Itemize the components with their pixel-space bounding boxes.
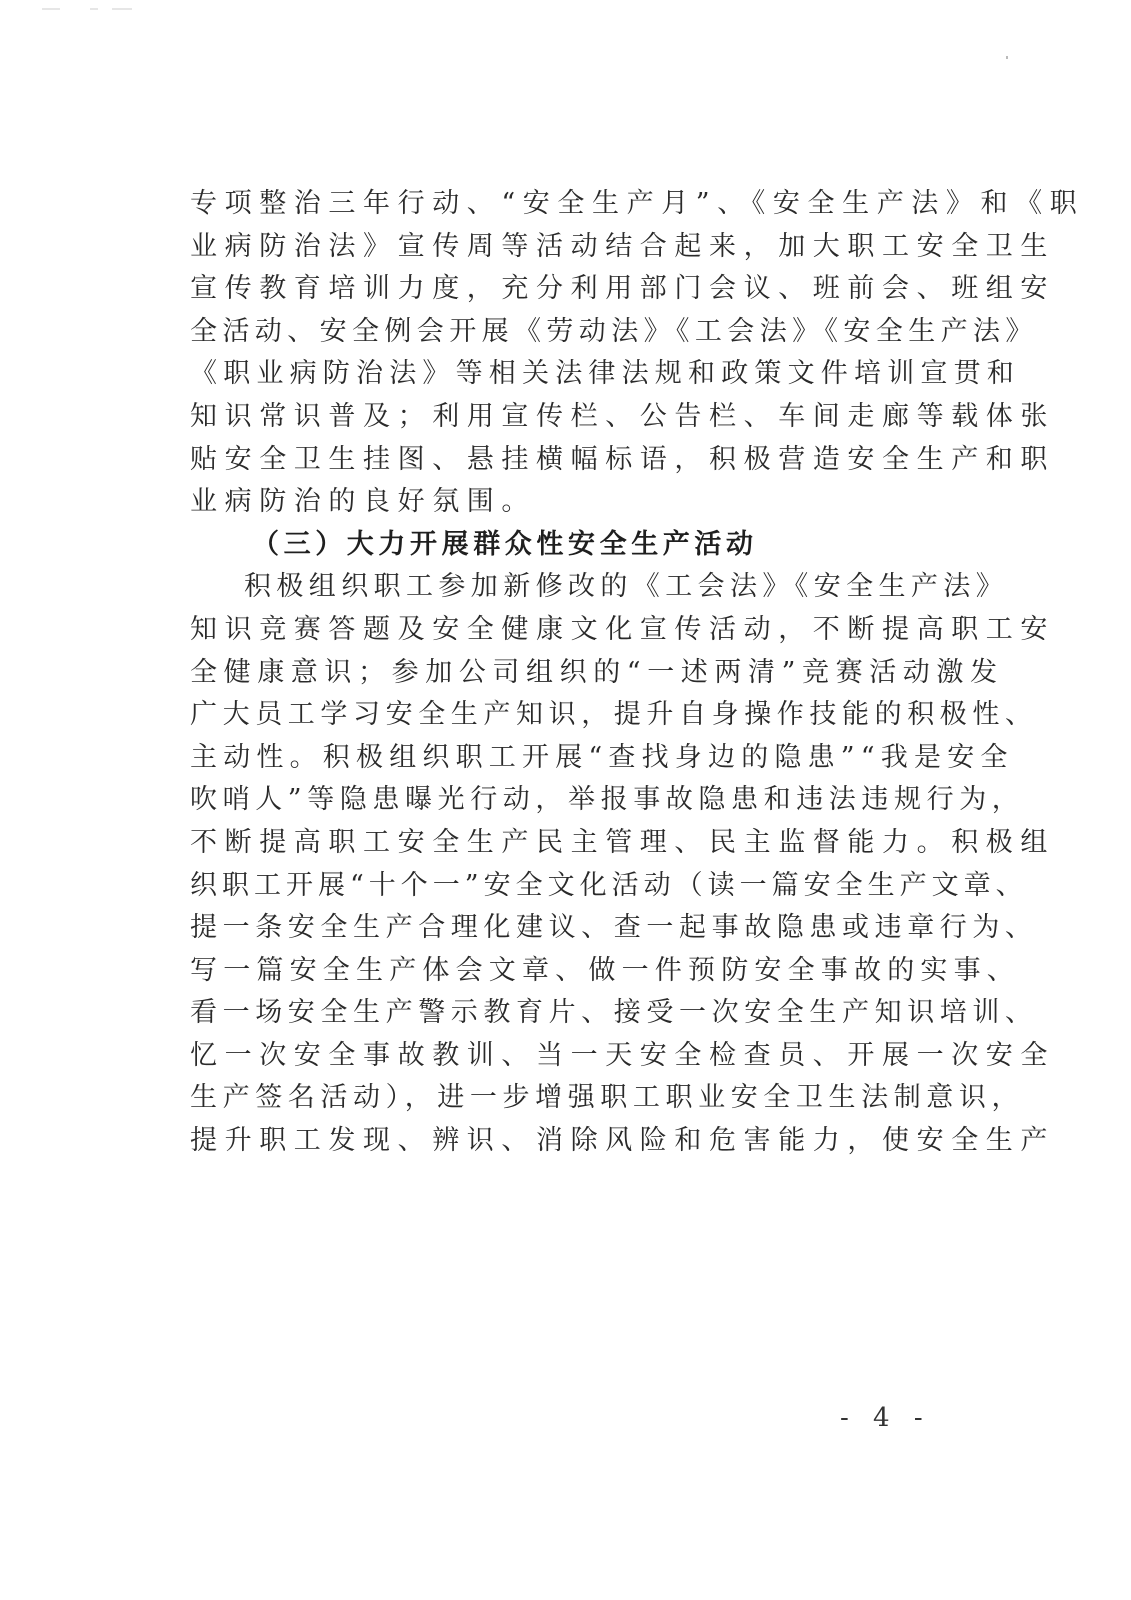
- text-line: 知识竞赛答题及安全健康文化宣传活动，不断提高职工安: [190, 609, 942, 652]
- text-line: 专项整治三年行动、“安全生产月”、《安全生产法》和《职: [190, 183, 942, 226]
- section-heading: （三）大力开展群众性安全生产活动: [190, 524, 942, 567]
- text-line: 全健康意识；参加公司组织的“一述两清”竞赛活动激发: [190, 652, 942, 695]
- scan-speck: [1006, 56, 1008, 59]
- text-line: 主动性。积极组织职工开展“查找身边的隐患”“我是安全: [190, 737, 942, 780]
- text-line: 业病防治的良好氛围。: [190, 481, 942, 524]
- text-line: 提升职工发现、辨识、消除风险和危害能力，使安全生产: [190, 1120, 942, 1163]
- text-line: 全活动、安全例会开展《劳动法》《工会法》《安全生产法》: [190, 311, 942, 354]
- paragraph-2: 积极组织职工参加新修改的《工会法》《安全生产法》 知识竞赛答题及安全健康文化宣传…: [190, 566, 942, 1162]
- text-line: 《职业病防治法》等相关法律法规和政策文件培训宣贯和: [190, 353, 942, 396]
- text-line: 贴安全卫生挂图、悬挂横幅标语，积极营造安全生产和职: [190, 439, 942, 482]
- document-page: 专项整治三年行动、“安全生产月”、《安全生产法》和《职 业病防治法》宣传周等活动…: [0, 0, 1131, 1600]
- document-body: 专项整治三年行动、“安全生产月”、《安全生产法》和《职 业病防治法》宣传周等活动…: [190, 183, 942, 1163]
- text-line: 忆一次安全事故教训、当一天安全检查员、开展一次安全: [190, 1035, 942, 1078]
- text-line: 知识常识普及；利用宣传栏、公告栏、车间走廊等载体张: [190, 396, 942, 439]
- text-line: 吹哨人”等隐患曝光行动，举报事故隐患和违法违规行为，: [190, 779, 942, 822]
- scan-artifact: [20, 8, 220, 11]
- text-line: 广大员工学习安全生产知识，提升自身操作技能的积极性、: [190, 694, 942, 737]
- paragraph-1: 专项整治三年行动、“安全生产月”、《安全生产法》和《职 业病防治法》宣传周等活动…: [190, 183, 942, 524]
- page-number: - 4 -: [840, 1403, 931, 1433]
- text-line: 宣传教育培训力度，充分利用部门会议、班前会、班组安: [190, 268, 942, 311]
- text-line: 看一场安全生产警示教育片、接受一次安全生产知识培训、: [190, 992, 942, 1035]
- text-line: 生产签名活动），进一步增强职工职业安全卫生法制意识，: [190, 1077, 942, 1120]
- text-line: 积极组织职工参加新修改的《工会法》《安全生产法》: [190, 566, 942, 609]
- text-line: 不断提高职工安全生产民主管理、民主监督能力。积极组: [190, 822, 942, 865]
- text-line: 织职工开展“十个一”安全文化活动（读一篇安全生产文章、: [190, 865, 942, 908]
- text-line: 业病防治法》宣传周等活动结合起来，加大职工安全卫生: [190, 226, 942, 269]
- text-line: 写一篇安全生产体会文章、做一件预防安全事故的实事、: [190, 950, 942, 993]
- text-line: 提一条安全生产合理化建议、查一起事故隐患或违章行为、: [190, 907, 942, 950]
